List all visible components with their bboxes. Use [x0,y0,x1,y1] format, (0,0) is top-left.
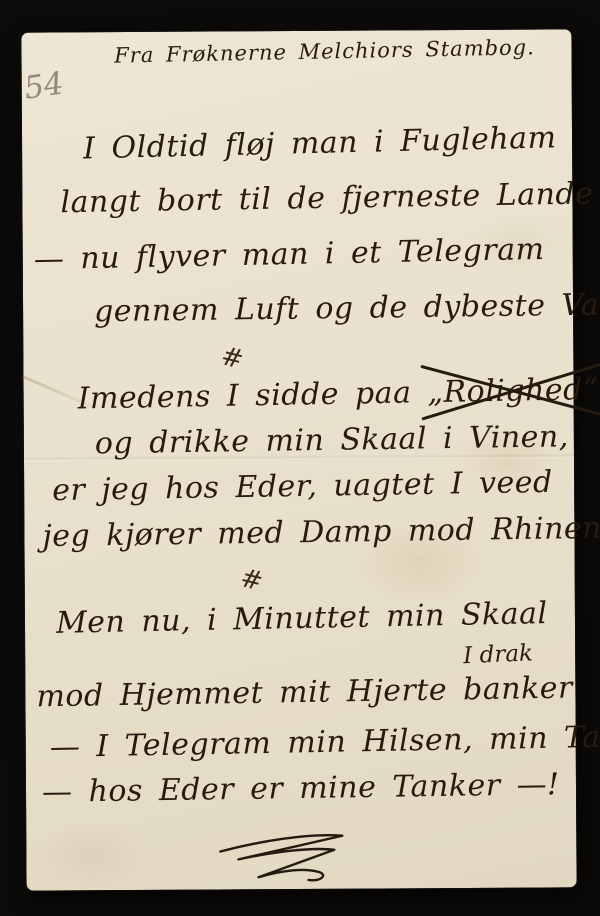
poem-line: mod Hjemmet mit Hjerte banker [36,671,573,715]
poem-line: Imedens I sidde paa „Rolighed“ [77,372,599,417]
poem-line: — I Telegram min Hilsen, min Tak [49,720,600,765]
stanza-separator-mark: # [218,341,246,375]
poem-line: — nu flyver man i et Telegram [33,232,544,277]
poem-line: og drikke min Skaal i Vinen, [95,419,569,461]
stanza-separator-mark: # [238,563,266,597]
poem-line: — hos Eder er mine Tanker —! [42,767,560,810]
poem-line: jeg kjører med Damp mod Rhinen. [42,511,600,554]
poem-line: Men nu, i Minuttet min Skaal [56,596,548,641]
signature-flourish [214,824,384,889]
crossed-out-word: „Rolighed“ [427,372,599,410]
letter-paper: Fra Frøknerne Melchiors Stambog. 54 I Ol… [21,29,576,890]
poem-line: gennem Luft og de dybeste Vande [94,287,600,329]
poem-line: er jeg hos Eder, uagtet I veed [52,465,553,508]
poem-line-text: Imedens I sidde paa [77,375,411,416]
poem-line: langt bort til de fjerneste Lande [60,176,593,220]
inserted-words: I drak [463,640,534,669]
poem-line: I Oldtid fløj man i Fugleham [83,120,557,166]
scanned-letter: Fra Frøknerne Melchiors Stambog. 54 I Ol… [0,0,600,916]
